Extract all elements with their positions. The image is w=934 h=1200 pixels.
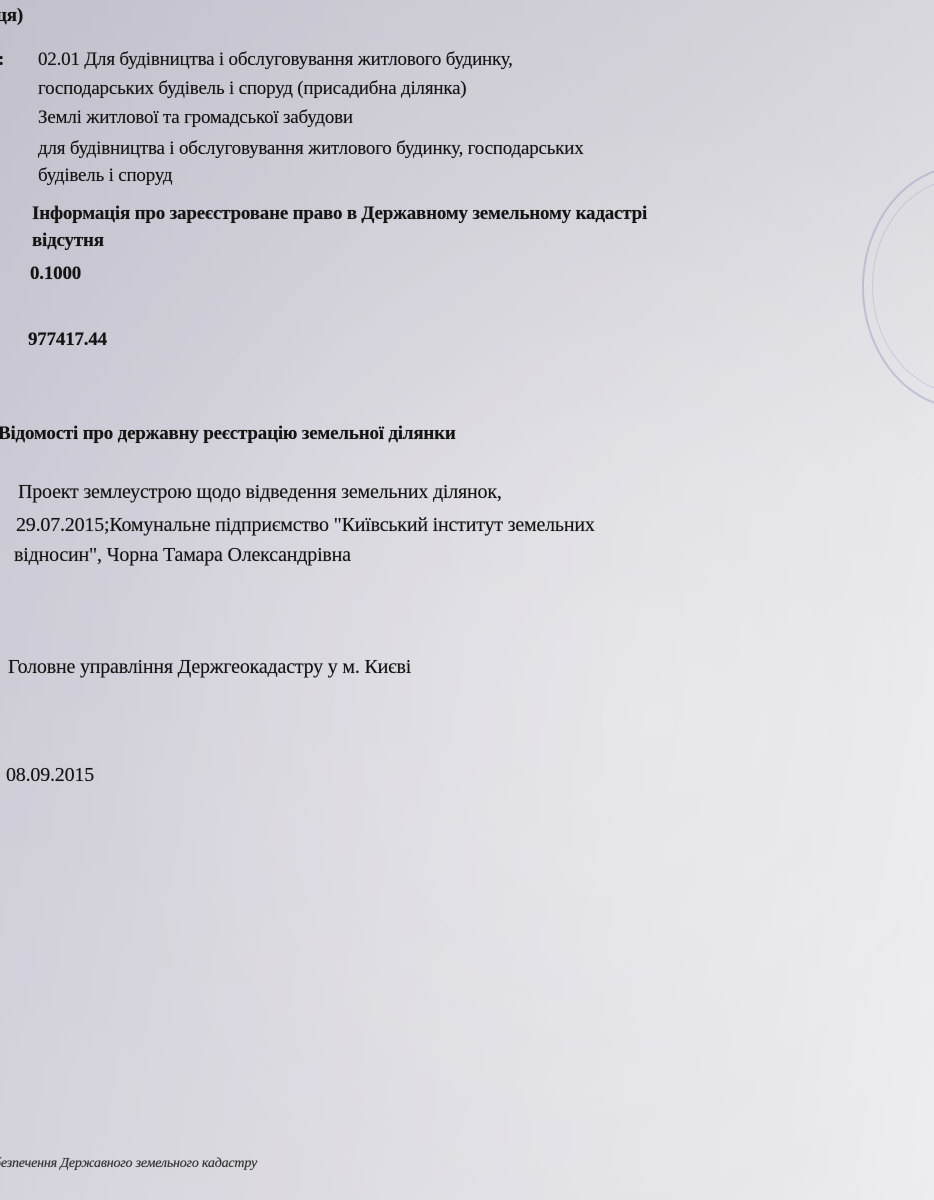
document-page: ця) : 02.01 Для будівництва і обслуговув… bbox=[0, 0, 934, 1200]
header-fragment: ця) bbox=[0, 4, 23, 28]
purpose-colon: : bbox=[0, 48, 4, 72]
official-seal-inner-ring-icon bbox=[872, 178, 934, 394]
normative-value: 977417.44 bbox=[28, 328, 107, 352]
project-line-1: Проект землеустрою щодо відведення земел… bbox=[18, 480, 502, 504]
registration-section-title: Відомості про державну реєстрацію земель… bbox=[0, 422, 456, 446]
land-category: Землі житлової та громадської забудови bbox=[38, 106, 353, 130]
project-line-3: відносин", Чорна Тамара Олександрівна bbox=[14, 543, 351, 567]
project-line-2: 29.07.2015;Комунальне підприємство "Київ… bbox=[16, 513, 595, 537]
land-use-line-1: для будівництва і обслуговування житлово… bbox=[38, 137, 584, 161]
right-info-line-1: Інформація про зареєстроване право в Дер… bbox=[32, 202, 647, 226]
registration-date: 08.09.2015 bbox=[6, 763, 94, 787]
right-info-line-2: відсутня bbox=[32, 229, 104, 253]
area-value: 0.1000 bbox=[30, 262, 81, 286]
purpose-code-line-2: господарських будівель і споруд (присади… bbox=[38, 77, 466, 101]
land-use-line-2: будівель і споруд bbox=[38, 164, 172, 188]
authority-name: Головне управління Держгеокадастру у м. … bbox=[8, 655, 411, 679]
footer-fragment: забезпечення Державного земельного кадас… bbox=[0, 1152, 257, 1176]
purpose-code-line-1: 02.01 Для будівництва і обслуговування ж… bbox=[38, 48, 513, 72]
